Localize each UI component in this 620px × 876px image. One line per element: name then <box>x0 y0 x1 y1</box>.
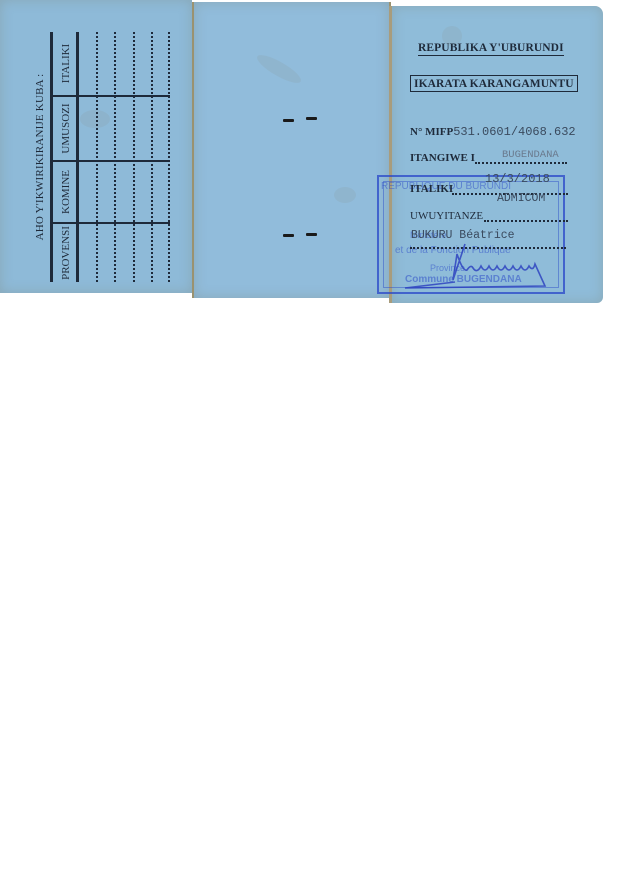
residence-table-title: AHO Y'IKWIRIKIRANIJE KUBA : <box>34 32 46 282</box>
issuer-label: UWUYITANZE <box>410 210 483 222</box>
card-number-label: N° MIFP <box>410 126 453 138</box>
issuer-name: BUKURU Béatrice <box>411 229 515 242</box>
id-card: AHO Y'IKWIRIKIRANIJE KUBA : PROVENSI KOM… <box>0 0 600 303</box>
table-row <box>96 32 98 282</box>
issued-at-label: ITANGIWE I <box>410 152 475 164</box>
staple-mark <box>306 117 317 120</box>
country-header: REPUBLIKA Y'UBURUNDI <box>418 42 564 56</box>
staple-mark <box>306 233 317 236</box>
card-number-row: N° MIFP531.0601/4068.632 <box>410 122 576 140</box>
table-row <box>133 32 135 282</box>
residence-table: AHO Y'IKWIRIKIRANIJE KUBA : PROVENSI KOM… <box>34 32 174 282</box>
card-number-value: 531.0601/4068.632 <box>453 125 575 139</box>
table-top-rule <box>50 32 53 282</box>
table-row <box>151 32 153 282</box>
issuer-value: ADMICOM <box>497 192 545 205</box>
staple-mark <box>283 234 294 237</box>
issued-at-value: BUGENDANA <box>502 149 559 161</box>
column-header-provensi: PROVENSI <box>60 224 72 282</box>
column-header-umusozi: UMUSOZI <box>60 97 72 160</box>
table-header-rule <box>76 32 79 282</box>
issued-at-line <box>475 162 567 164</box>
table-row <box>168 32 170 282</box>
table-row <box>114 32 116 282</box>
issuer-line <box>484 220 568 222</box>
column-header-komine: KOMINE <box>60 162 72 222</box>
date-label: ITALIKI <box>410 183 453 195</box>
middle-panel <box>192 2 391 298</box>
date-value: 13/3/2018 <box>485 172 550 186</box>
staple-mark <box>283 119 294 122</box>
card-title: IKARATA KARANGAMUNTU <box>410 75 578 92</box>
column-header-italiki: ITALIKI <box>60 32 72 95</box>
signature-icon <box>395 242 555 292</box>
